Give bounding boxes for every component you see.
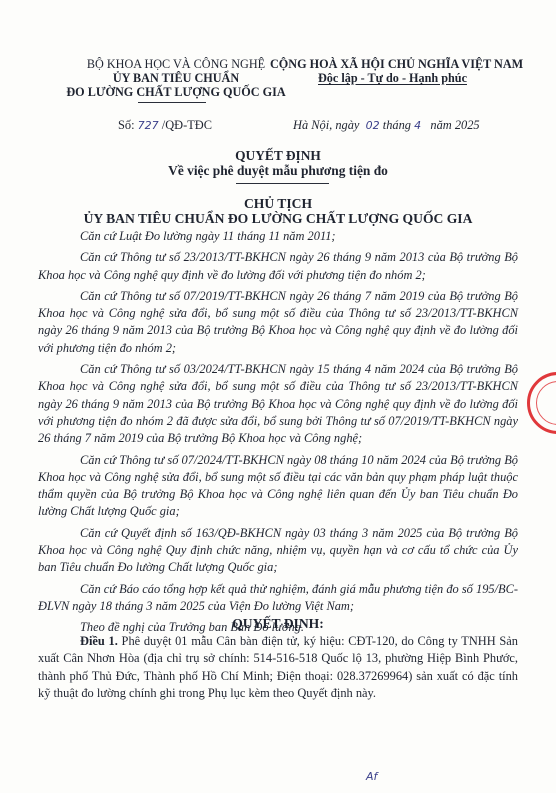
official-seal-stamp: ỦY BAN TIÊU CHUẨN ĐO LƯỜNG — [527, 372, 556, 434]
left-header-rule — [138, 102, 206, 103]
agency-name-line1: ỦY BAN TIÊU CHUẨN — [60, 71, 292, 85]
basis-item: Căn cứ Thông tư số 23/2013/TT-BKHCN ngày… — [38, 249, 518, 284]
legal-bases: Căn cứ Luật Đo lường ngày 11 tháng 11 nă… — [80, 228, 518, 637]
country-name: CỘNG HOÀ XÃ HỘI CHỦ NGHĨA VIỆT NAM — [270, 57, 515, 71]
basis-item: Căn cứ Luật Đo lường ngày 11 tháng 11 nă… — [80, 228, 518, 245]
basis-item: Căn cứ Thông tư số 03/2024/TT-BKHCN ngày… — [38, 361, 518, 447]
number-prefix: Số: — [118, 118, 135, 132]
document-number: Số: 727 /QĐ-TĐC — [118, 118, 212, 133]
agency-name-line2: ĐO LƯỜNG CHẤT LƯỢNG QUỐC GIA — [60, 85, 292, 99]
decision-title: QUYẾT ĐỊNH — [0, 148, 556, 164]
authority-position: CHỦ TỊCH — [0, 196, 556, 212]
title-rule — [236, 183, 329, 184]
handwritten-day: 02 — [366, 119, 380, 132]
motto-text: Độc lập - Tự do - Hạnh phúc — [318, 71, 467, 85]
basis-item: Căn cứ Báo cáo tổng hợp kết quả thử nghi… — [38, 581, 518, 616]
handwritten-number: 727 — [138, 119, 159, 132]
month-label: tháng — [383, 118, 411, 132]
national-motto: Độc lập - Tự do - Hạnh phúc — [270, 71, 515, 85]
article-1: Điều 1. Phê duyệt 01 mẫu Cân bàn điện tử… — [38, 633, 518, 702]
article-1-label: Điều 1. — [80, 634, 118, 648]
basis-item: Căn cứ Thông tư số 07/2019/TT-BKHCN ngày… — [38, 288, 518, 357]
initials-signature: Af — [366, 770, 377, 783]
authority-organization: ỦY BAN TIÊU CHUẨN ĐO LƯỜNG CHẤT LƯỢNG QU… — [0, 211, 556, 227]
basis-item: Căn cứ Thông tư số 07/2024/TT-BKHCN ngày… — [38, 452, 518, 521]
decision-heading: QUYẾT ĐỊNH: — [0, 616, 556, 632]
place-and-date: Hà Nội, ngày 02 tháng 4 năm 2025 — [293, 118, 480, 133]
decision-subject: Về việc phê duyệt mẫu phương tiện đo — [0, 163, 556, 179]
place-prefix: Hà Nội, ngày — [293, 118, 359, 132]
year-label: năm 2025 — [430, 118, 479, 132]
basis-item: Căn cứ Quyết định số 163/QĐ-BKHCN ngày 0… — [38, 525, 518, 577]
number-suffix: /QĐ-TĐC — [162, 118, 212, 132]
ministry-name: BỘ KHOA HỌC VÀ CÔNG NGHỆ — [60, 57, 292, 71]
handwritten-month: 4 — [414, 119, 421, 132]
